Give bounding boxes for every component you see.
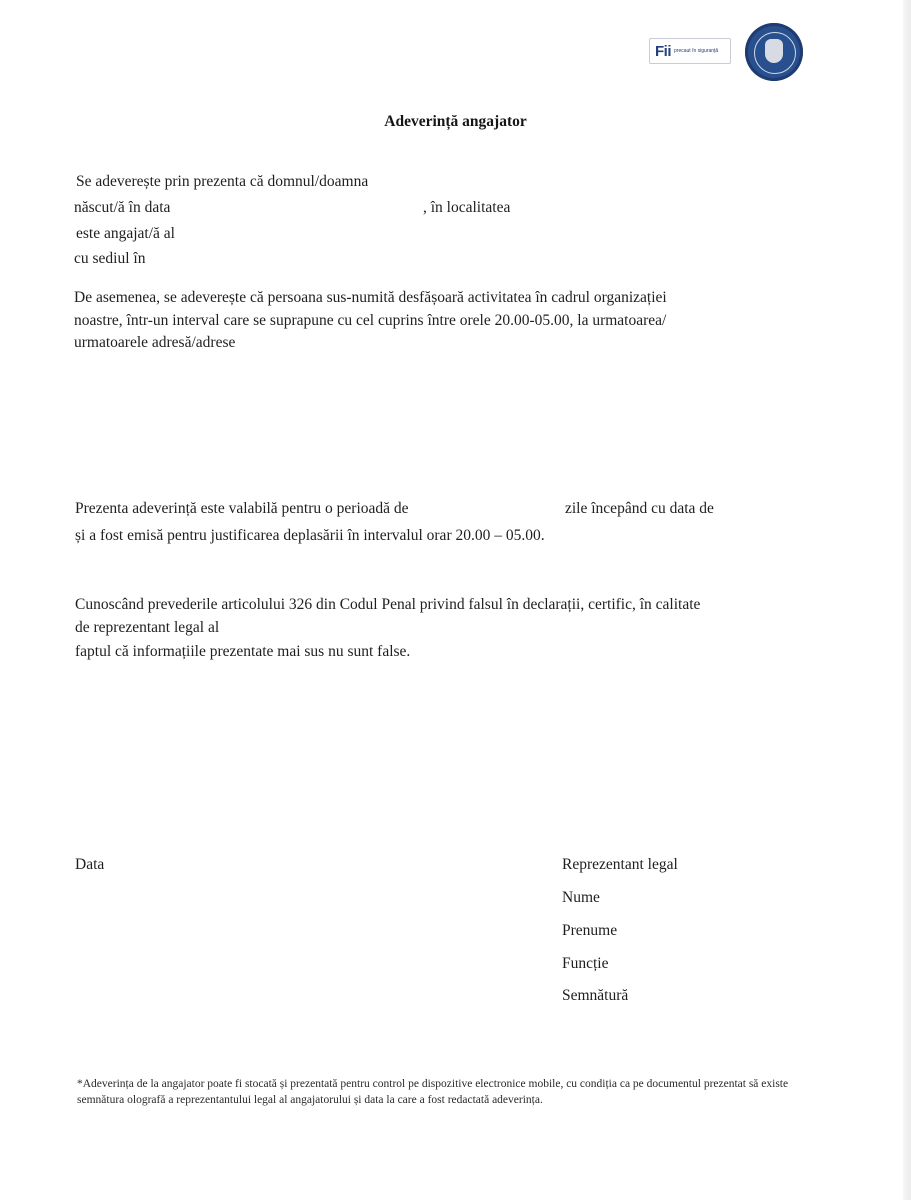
certification-line-2: de reprezentant legal al (75, 619, 219, 637)
document-title: Adeverință angajator (0, 113, 911, 131)
fii-logo-text: Fii (655, 43, 671, 60)
page-edge (903, 0, 911, 1200)
legal-representative-heading: Reprezentant legal (562, 856, 678, 874)
fii-logo-subtext: precaut în siguranță (674, 48, 718, 54)
certification-line-3: faptul că informațiile prezentate mai su… (75, 643, 410, 661)
intro-line-3: este angajat/ă al (76, 225, 175, 243)
footnote: *Adeverința de la angajator poate fi sto… (77, 1076, 837, 1108)
activity-line-2: noastre, într-un interval care se suprap… (74, 312, 666, 330)
surname-label: Prenume (562, 922, 617, 940)
intro-line-2-right: , în localitatea (423, 199, 510, 217)
validity-line-1-left: Prezenta adeverință este valabilă pentru… (75, 500, 409, 518)
intro-line-1: Se adeverește prin prezenta că domnul/do… (76, 173, 368, 191)
activity-line-1: De asemenea, se adeverește că persoana s… (74, 289, 667, 307)
intro-line-4: cu sediul în (74, 250, 145, 268)
function-label: Funcție (562, 955, 609, 973)
date-label: Data (75, 856, 104, 874)
name-label: Nume (562, 889, 600, 907)
validity-line-2: și a fost emisă pentru justificarea depl… (75, 527, 545, 545)
intro-line-2-left: născut/ă în data (74, 199, 170, 217)
signature-label: Semnătură (562, 987, 628, 1005)
validity-line-1-right: zile începând cu data de (565, 500, 714, 518)
fii-precaut-logo: Fii precaut în siguranță (649, 38, 731, 64)
certification-line-1: Cunoscând prevederile articolului 326 di… (75, 596, 700, 614)
activity-line-3: urmatoarele adresă/adrese (74, 334, 235, 352)
eagle-coat-of-arms-icon (765, 39, 783, 63)
government-seal-icon (745, 23, 803, 81)
